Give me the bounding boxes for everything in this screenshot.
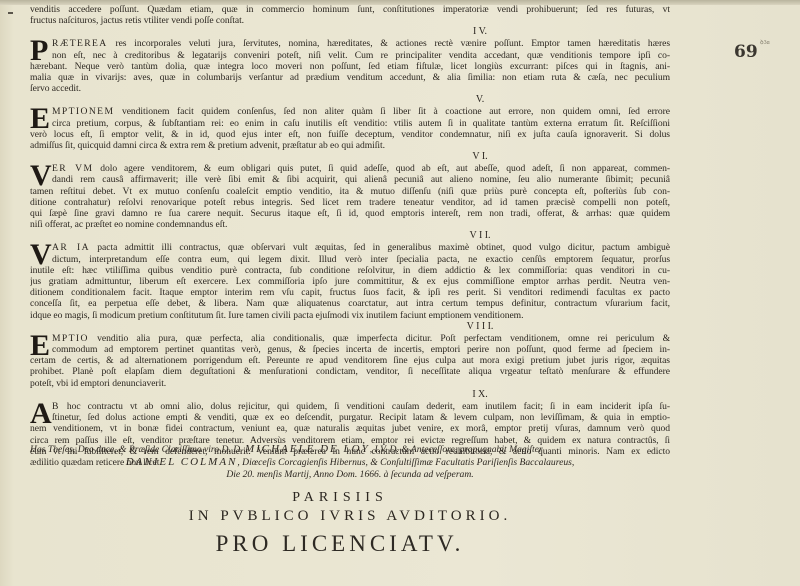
intro-line: fructus naſcituros, jactus retis vtilite… [30,15,670,26]
body-text: venditis accedere poſſunt. Quædam etiam,… [30,4,670,468]
lead-word: MPTIO [52,333,89,344]
candidate-name: DANIEL COLMAN [126,456,238,468]
page-number-annotation: ꝺ3ɑ [760,38,770,46]
section-numeral: I V. [30,26,670,38]
section-v: E MPTIONEM venditionem facit quidem conſ… [30,106,670,151]
page-number: 69 [734,42,758,62]
colophon-venue: IN PVBLICO IVRIS AVDITORIO. [150,508,550,525]
dropcap: A [30,401,52,427]
document-page: 69 ꝺ3ɑ venditis accedere poſſunt. Quædam… [0,0,800,586]
dropcap: P [30,38,48,64]
section-iv: P RÆTEREA res incorporales veluti jura, … [30,38,670,94]
section-numeral: V I I. [30,230,670,242]
lead-word: MPTIONEM [52,106,114,117]
section-numeral: V I I I. [30,321,670,333]
lead-word: B [52,401,60,412]
thesis-date: Die 20. menſis Martij, Anno Dom. 1666. à… [30,469,670,481]
lead-word: RÆTEREA [52,38,108,49]
section-vii: V AR IA pacta admittit illi contractus, … [30,242,670,320]
dropcap: E [30,333,50,359]
section-vi: V ER VM dolo agere venditorem, & eum obl… [30,163,670,230]
section-numeral: V I. [30,151,670,163]
section-numeral: I X. [30,389,670,401]
praeses-name: MICHAELE DE LOY [245,443,370,455]
lead-word: AR IA [52,242,90,253]
section-viii: E MPTIO venditio alia pura, quæ perfecta… [30,333,670,389]
dropcap: E [30,106,50,132]
dropcap: V [30,163,52,189]
dropcap: V [30,242,52,268]
margin-mark [8,12,13,14]
lead-word: ER VM [52,163,93,174]
colophon-purpose: PRO LICENCIATV. [190,531,490,557]
thesis-attribution: Has Theſes, Deo duce, & Præſide Clariſſi… [30,443,670,481]
section-numeral: V. [30,94,670,106]
colophon-place: PARISIIS [240,490,440,506]
intro-line: venditis accedere poſſunt. Quædam etiam,… [30,4,670,15]
